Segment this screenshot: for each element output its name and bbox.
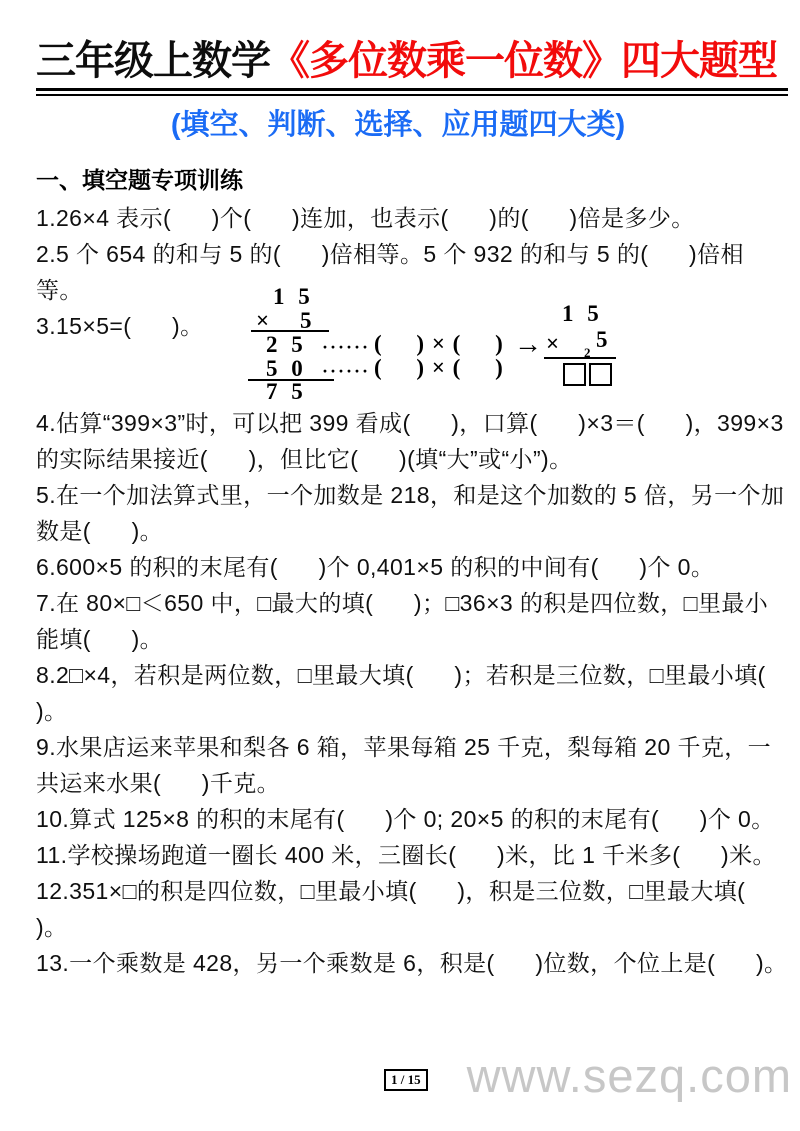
product-line-3 — [544, 357, 616, 359]
question-item: 8.2□×4，若积是两位数，□里最大填( )；若积是三位数，□里最小填( )。 — [36, 657, 788, 729]
question-item: 9.水果店运来苹果和梨各 6 箱，苹果每箱 25 千克，梨每箱 20 千克，一共… — [36, 729, 788, 801]
left-multiplier: 5 — [300, 311, 312, 331]
question-item: 3.15×5=( )。 — [36, 308, 203, 344]
right-top-factor: 1 5 — [562, 304, 603, 324]
right-arrow-icon: → — [514, 335, 542, 355]
right-multiplier: 5 — [596, 330, 608, 350]
page-subtitle: (填空、判断、选择、应用题四大类) — [36, 106, 788, 144]
question-3-block: 3.15×5=( )。 1 5 × 5 2 5 ······ ( ) × ( )… — [36, 308, 788, 405]
section-heading: 一、填空题专项训练 — [36, 166, 788, 194]
question-item: 5.在一个加法算式里，一个加数是 218，和是这个加数的 5 倍，另一个加数是(… — [36, 477, 788, 549]
dots-leader: ······ — [322, 361, 370, 381]
question-item: 10.算式 125×8 的积的末尾有( )个 0; 20×5 的积的末尾有( )… — [36, 801, 788, 837]
page-number-badge: 1 / 15 — [384, 1069, 428, 1091]
multiply-sign: × — [256, 311, 269, 331]
question-item: 7.在 80×□＜650 中，□最大的填( )；□36×3 的积是四位数，□里最… — [36, 585, 788, 657]
title-topic-part: 《多位数乘一位数》四大题型 — [270, 39, 777, 83]
title-course-part: 三年级上数学 — [36, 39, 270, 83]
title-underline — [36, 88, 788, 96]
question-list: 1.26×4 表示( )个( )连加，也表示( )的( )倍是多少。 2.5 个… — [36, 200, 788, 981]
question-item: 12.351×□的积是四位数，□里最小填( )，积是三位数，□里最大填( )。 — [36, 873, 788, 945]
multiply-sign: × — [546, 334, 559, 354]
partial-product-1: 2 5 — [266, 335, 307, 355]
page-title: 三年级上数学《多位数乘一位数》四大题型 — [36, 36, 788, 86]
final-product: 7 5 — [266, 382, 307, 402]
answer-box — [589, 363, 612, 386]
dots-leader: ······ — [322, 337, 370, 357]
question-item: 4.估算“399×3”时，可以把 399 看成( )，口算( )×3＝( )，3… — [36, 405, 788, 477]
multiplication-figure: 1 5 × 5 2 5 ······ ( ) × ( ) 5 0 ······ … — [246, 285, 646, 407]
blank-expression-1: ( ) × ( ) — [374, 334, 504, 354]
watermark: www.sezq.com — [467, 1048, 792, 1104]
question-item: 13.一个乘数是 428，另一个乘数是 6，积是( )位数，个位上是( )。 — [36, 945, 788, 981]
blank-expression-2: ( ) × ( ) — [374, 358, 504, 378]
worksheet-content: 三年级上数学《多位数乘一位数》四大题型 (填空、判断、选择、应用题四大类) 一、… — [36, 0, 788, 981]
question-item: 11.学校操场跑道一圈长 400 米，三圈长( )米，比 1 千米多( )米。 — [36, 837, 788, 873]
question-item: 6.600×5 的积的末尾有( )个 0,401×5 的积的中间有( )个 0。 — [36, 549, 788, 585]
left-top-factor: 1 5 — [273, 287, 314, 307]
partial-product-2: 5 0 — [266, 359, 307, 379]
carry-digit: 2 — [584, 343, 591, 363]
question-item: 1.26×4 表示( )个( )连加，也表示( )的( )倍是多少。 — [36, 200, 788, 236]
answer-box — [563, 363, 586, 386]
worksheet-page: 三年级上数学《多位数乘一位数》四大题型 (填空、判断、选择、应用题四大类) 一、… — [0, 0, 800, 1131]
